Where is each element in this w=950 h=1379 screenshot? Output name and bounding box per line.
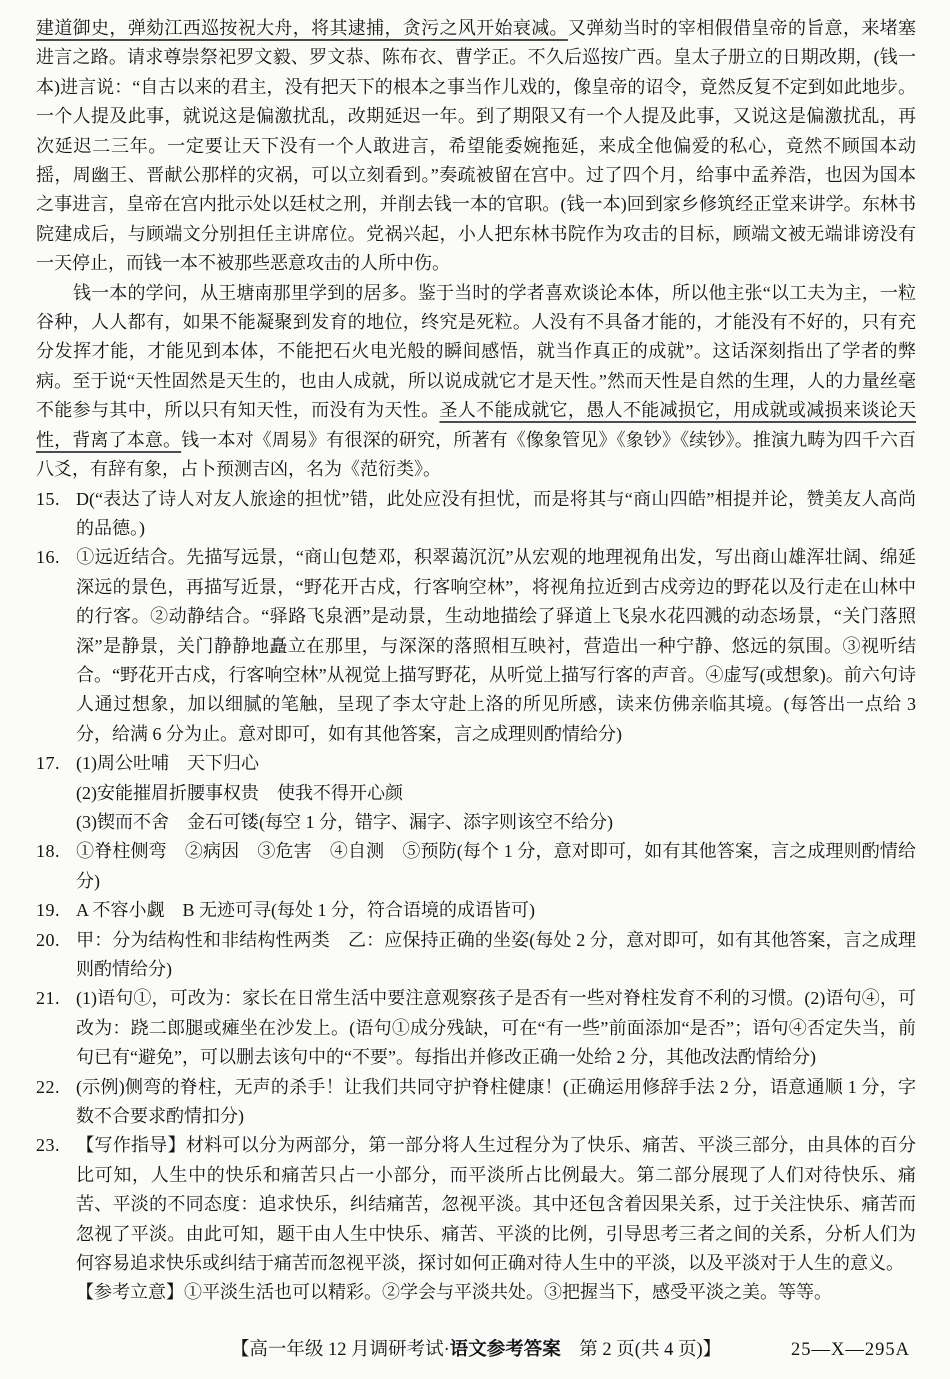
answer-text-writing-guide: 【写作指导】材料可以分为两部分，第一部分将人生过程分为了快乐、痛苦、平淡三部分，… — [76, 1135, 916, 1273]
answer-line-2: (2)安能摧眉折腰事权贵 使我不得开心颜 — [76, 783, 403, 803]
paragraph-translation-1: 建道御史，弹劾江西巡按祝大舟，将其逮捕，贪污之风开始衰减。又弹劾当时的宰相假借皇… — [36, 14, 916, 279]
footer-paper-code: 25—X—295A — [791, 1336, 910, 1364]
answer-item-17: 17.(1)周公吐哺 天下归心 — [36, 749, 916, 778]
footer-page-number: 第 2 页(共 4 页)】 — [561, 1340, 721, 1360]
answer-text: ①远近结合。先描写远景，“商山包楚邓，积翠蔼沉沉”从宏观的地理视角出发，写出商山… — [76, 547, 916, 743]
answer-item-23-reference-ideas: 【参考立意】①平淡生活也可以精彩。②学会与平淡共处。③把握当下，感受平淡之美。等… — [36, 1278, 916, 1307]
question-number: 18. — [36, 837, 76, 866]
answer-text: 甲：分为结构性和非结构性两类 乙：应保持正确的坐姿(每处 2 分，意对即可，如有… — [76, 930, 916, 979]
question-number: 20. — [36, 926, 76, 955]
translation-text: 又弹劾当时的宰相假借皇帝的旨意，来堵塞进言之路。请求尊崇祭祀罗文毅、罗文恭、陈布… — [36, 18, 916, 273]
answer-item-19: 19.A 不容小觑 B 无迹可寻(每处 1 分，符合语境的成语皆可) — [36, 896, 916, 925]
question-number: 21. — [36, 984, 76, 1013]
answer-item-15: 15.D(“表达了诗人对友人旅途的担忧”错，此处应没有担忧，而是将其与“商山四皓… — [36, 485, 916, 544]
footer-subject: 语文参考答案 — [450, 1340, 561, 1360]
question-number: 16. — [36, 543, 76, 572]
answer-sheet-body: 建道御史，弹劾江西巡按祝大舟，将其逮捕，贪污之风开始衰减。又弹劾当时的宰相假借皇… — [36, 14, 916, 1308]
answer-item-18: 18.①脊柱侧弯 ②病因 ③危害 ④自测 ⑤预防(每个 1 分，意对即可，如有其… — [36, 837, 916, 896]
answer-item-20: 20.甲：分为结构性和非结构性两类 乙：应保持正确的坐姿(每处 2 分，意对即可… — [36, 926, 916, 985]
page-footer: 【高一年级 12 月调研考试·语文参考答案 第 2 页(共 4 页)】 25—X… — [36, 1336, 916, 1364]
question-number: 15. — [36, 485, 76, 514]
underlined-translation-passage: 建道御史，弹劾江西巡按祝大舟，将其逮捕，贪污之风开始衰减。 — [36, 18, 568, 38]
answer-sheet-page: 建道御史，弹劾江西巡按祝大舟，将其逮捕，贪污之风开始衰减。又弹劾当时的宰相假借皇… — [0, 0, 950, 1379]
answer-item-17-line-3: (3)锲而不舍 金石可镂(每空 1 分，错字、漏字、添字则该空不给分) — [36, 808, 916, 837]
question-number: 23. — [36, 1131, 76, 1160]
answer-line-1: (1)周公吐哺 天下归心 — [76, 753, 259, 773]
answer-text: D(“表达了诗人对友人旅途的担忧”错，此处应没有担忧，而是将其与“商山四皓”相提… — [76, 489, 916, 538]
answer-item-17-line-2: (2)安能摧眉折腰事权贵 使我不得开心颜 — [36, 779, 916, 808]
question-number: 19. — [36, 896, 76, 925]
footer-title: 【高一年级 12 月调研考试·语文参考答案 第 2 页(共 4 页)】 — [36, 1336, 916, 1364]
answer-item-22: 22.(示例)侧弯的脊柱，无声的杀手！让我们共同守护脊柱健康！(正确运用修辞手法… — [36, 1073, 916, 1132]
reference-ideas-text: 【参考立意】①平淡生活也可以精彩。②学会与平淡共处。③把握当下，感受平淡之美。等… — [76, 1282, 832, 1302]
answer-line-3: (3)锲而不舍 金石可镂(每空 1 分，错字、漏字、添字则该空不给分) — [76, 812, 613, 832]
answer-text: (示例)侧弯的脊柱，无声的杀手！让我们共同守护脊柱健康！(正确运用修辞手法 2 … — [76, 1077, 916, 1126]
answer-item-21: 21.(1)语句①，可改为：家长在日常生活中要注意观察孩子是否有一些对脊柱发育不… — [36, 984, 916, 1072]
answer-text: ①脊柱侧弯 ②病因 ③危害 ④自测 ⑤预防(每个 1 分，意对即可，如有其他答案… — [76, 841, 916, 890]
answer-item-23: 23.【写作指导】材料可以分为两部分，第一部分将人生过程分为了快乐、痛苦、平淡三… — [36, 1131, 916, 1278]
footer-exam-name: 【高一年级 12 月调研考试· — [231, 1340, 450, 1360]
answer-text: (1)语句①，可改为：家长在日常生活中要注意观察孩子是否有一些对脊柱发育不利的习… — [76, 988, 916, 1067]
answer-item-16: 16.①远近结合。先描写远景，“商山包楚邓，积翠蔼沉沉”从宏观的地理视角出发，写… — [36, 543, 916, 749]
paragraph-translation-2: 钱一本的学问，从王塘南那里学到的居多。鉴于当时的学者喜欢谈论本体，所以他主张“以… — [36, 279, 916, 485]
question-number: 17. — [36, 749, 76, 778]
question-number: 22. — [36, 1073, 76, 1102]
answer-text: A 不容小觑 B 无迹可寻(每处 1 分，符合语境的成语皆可) — [76, 900, 535, 920]
